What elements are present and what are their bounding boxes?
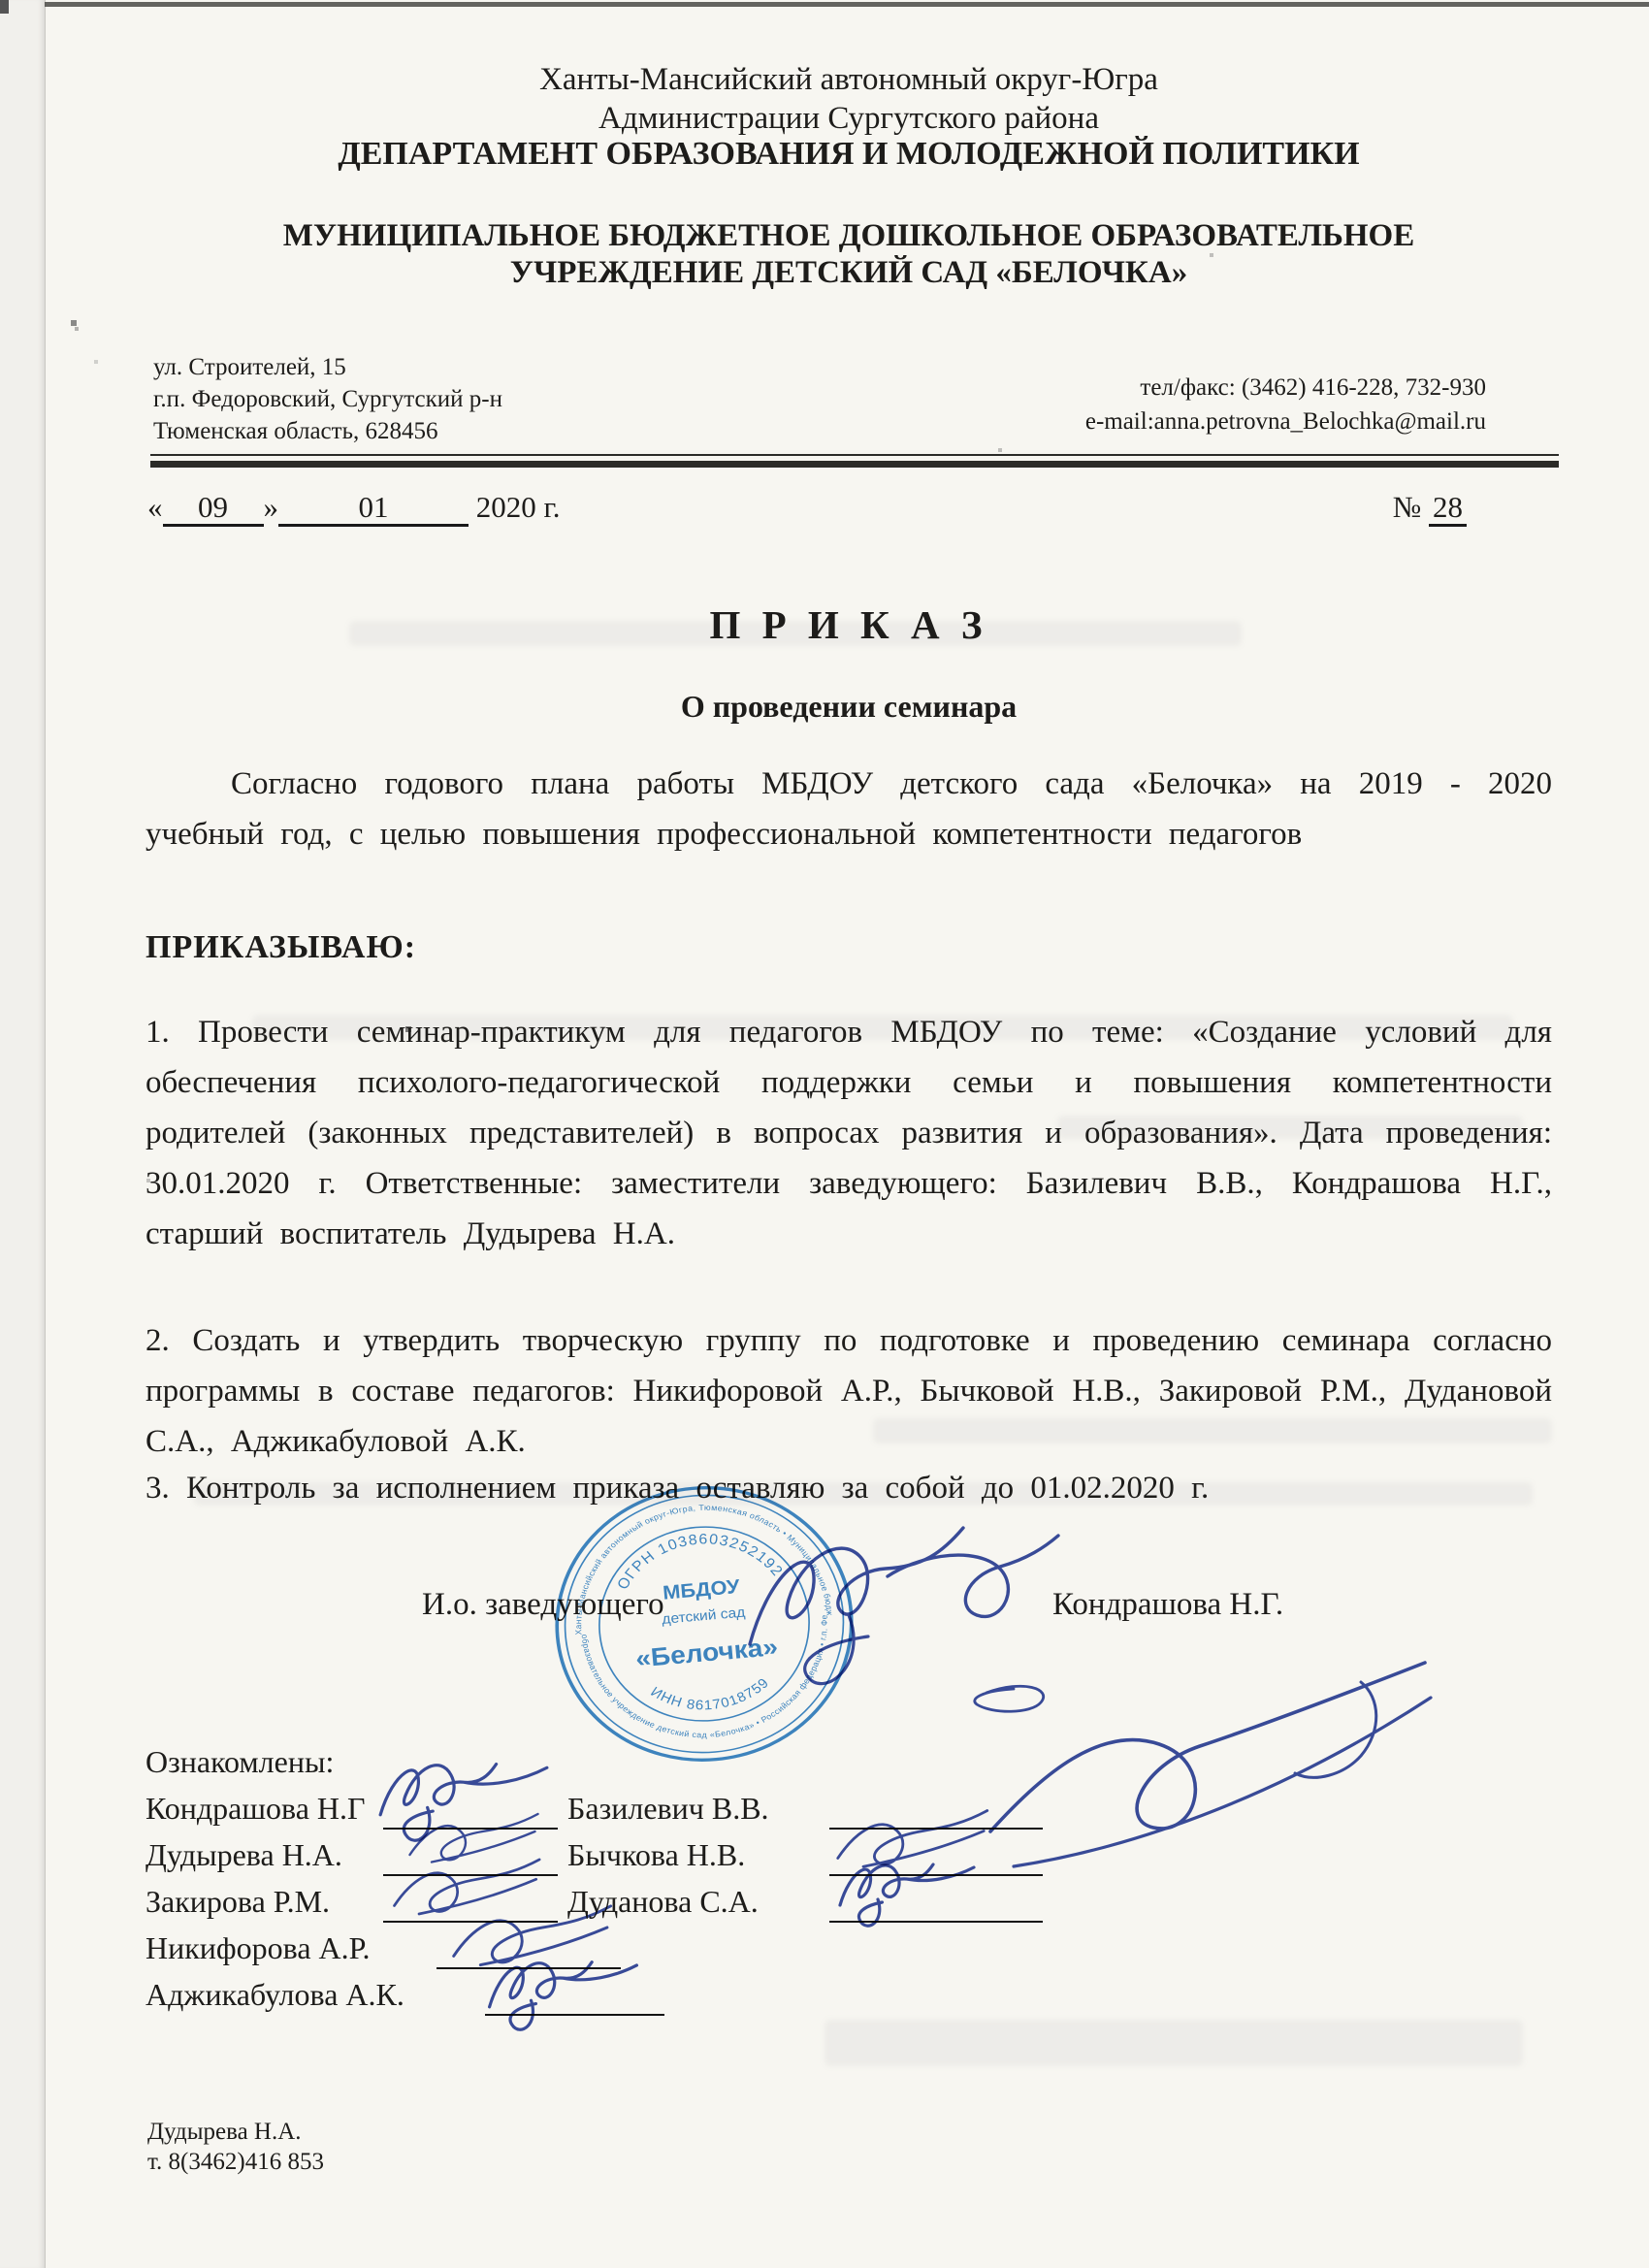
ack-row: Аджикабулова А.К. <box>145 1977 1552 2024</box>
acknowledged-label: Ознакомлены: <box>145 1744 334 1780</box>
order-number-line: № 28 <box>1393 490 1467 527</box>
letterhead-region-line1: Ханты-Мансийский автономный округ-Югра <box>145 60 1552 99</box>
stamp-center-org: МБДОУ <box>662 1576 741 1604</box>
date-year: 2020 г. <box>476 490 561 524</box>
date-month-blank: 01 <box>278 491 469 527</box>
scanner-corner-mark <box>0 0 9 14</box>
quote-close: » <box>264 490 279 524</box>
letterhead-department: ДЕПАРТАМЕНТ ОБРАЗОВАНИЯ И МОЛОДЕЖНОЙ ПОЛ… <box>145 136 1552 173</box>
order-intro-paragraph: Согласно годового плана работы МБДОУ дет… <box>145 759 1552 859</box>
ack-name: Бычкова Н.В. <box>567 1837 745 1873</box>
order-subject: О проведении семинара <box>145 689 1552 725</box>
address-line3: Тюменская область, 628456 <box>153 415 502 447</box>
scan-specks <box>0 0 2 2</box>
org-contacts-block: тел/факс: (3462) 416-228, 732-930 e-mail… <box>1085 371 1486 438</box>
order-number-value: 28 <box>1429 491 1467 527</box>
signature-bazilevich-flourish <box>975 1647 1440 1880</box>
letterhead-region-line2: Администрации Сургутского района <box>145 99 1552 138</box>
ack-name: Дудырева Н.А. <box>145 1837 342 1873</box>
order-item-2: 2. Создать и утвердить творческую группу… <box>145 1315 1552 1467</box>
address-line1: ул. Строителей, 15 <box>153 351 502 383</box>
date-line: «09»01 2020 г. <box>147 490 560 527</box>
quote-open: « <box>147 490 163 524</box>
letterhead-org-line2: УЧРЕЖДЕНИЕ ДЕТСКИЙ САД «БЕЛОЧКА» <box>145 255 1552 291</box>
ack-name: Аджикабулова А.К. <box>145 1977 404 2013</box>
ack-name: Кондрашова Н.Г <box>145 1791 366 1827</box>
order-item-1: 1. Провести семинар-практикум для педаго… <box>145 1007 1552 1259</box>
address-line2: г.п. Федоровский, Сургутский р-н <box>153 383 502 415</box>
letterhead-divider-rule <box>150 454 1559 468</box>
org-address-block: ул. Строителей, 15 г.п. Федоровский, Сур… <box>153 351 502 447</box>
scanner-edge-strip <box>0 0 46 2268</box>
executor-phone: т. 8(3462)416 853 <box>147 2147 324 2177</box>
signer-name: Кондрашова Н.Г. <box>1052 1587 1283 1623</box>
order-title: П Р И К А З <box>145 601 1552 648</box>
date-day-blank: 09 <box>163 491 264 527</box>
phone-fax-line: тел/факс: (3462) 416-228, 732-930 <box>1085 371 1486 405</box>
signature-adzhikabulova-ack <box>483 1938 643 2047</box>
ack-name: Никифорова А.Р. <box>145 1930 370 1966</box>
signature-dudanova-ack <box>834 1841 980 1943</box>
letterhead-org-line1: МУНИЦИПАЛЬНОЕ БЮДЖЕТНОЕ ДОШКОЛЬНОЕ ОБРАЗ… <box>145 218 1552 254</box>
executor-name: Дудырева Н.А. <box>147 2117 324 2147</box>
ack-name: Закирова Р.М. <box>145 1884 330 1920</box>
decree-word: ПРИКАЗЫВАЮ: <box>145 929 416 966</box>
ack-name: Базилевич В.В. <box>567 1791 769 1827</box>
email-line: e-mail:anna.petrovna_Belochka@mail.ru <box>1085 405 1486 438</box>
executor-block: Дудырева Н.А. т. 8(3462)416 853 <box>147 2117 324 2177</box>
number-sign: № <box>1393 490 1422 524</box>
